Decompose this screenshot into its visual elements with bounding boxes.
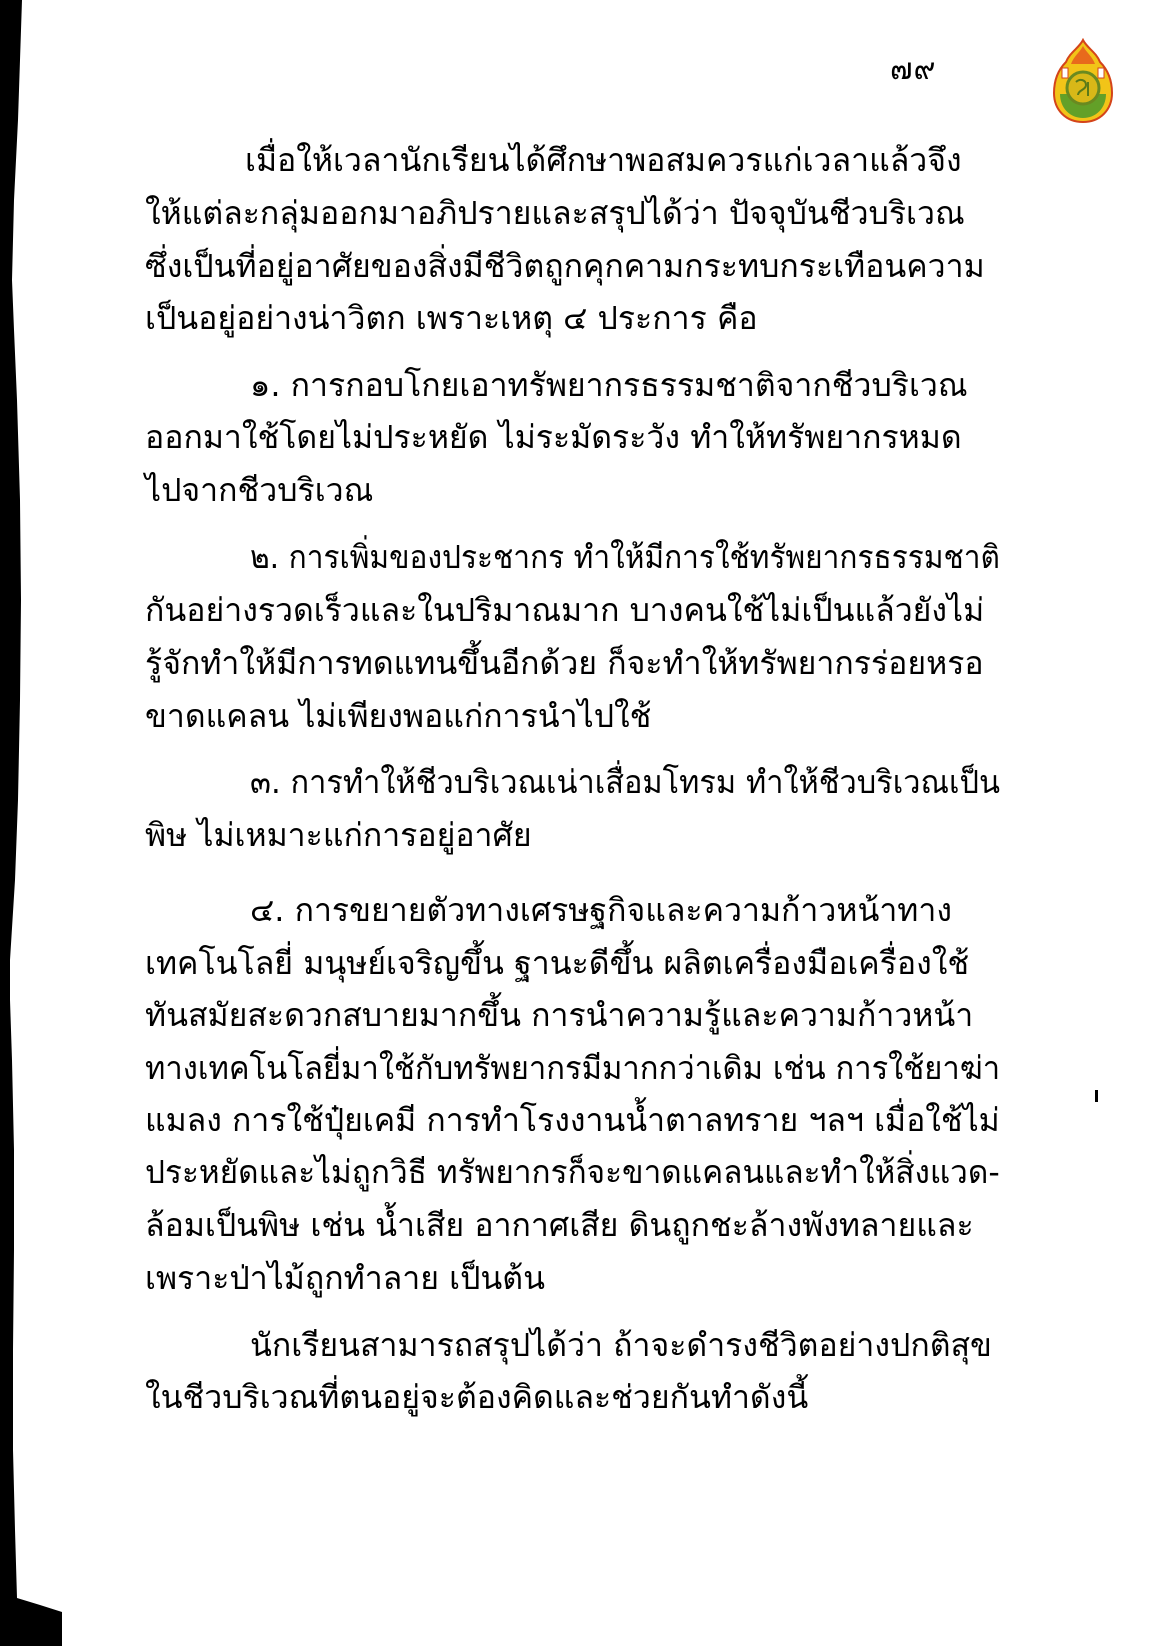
text-line: เป็นอยู่อย่างน่าวิตก เพราะเหตุ ๔ ประการ … [145,298,758,338]
text-line: พิษ ไม่เหมาะแก่การอยู่อาศัย [145,815,532,855]
text-line: ให้แต่ละกลุ่มออกมาอภิปรายและสรุปได้ว่า ป… [145,193,965,233]
text-line: ออกมาใช้โดยไม่ประหยัด ไม่ระมัดระวัง ทำให… [145,417,962,457]
text-line: เพราะป่าไม้ถูกทำลาย เป็นต้น [145,1258,545,1298]
text-line: นักเรียนสามารถสรุปได้ว่า ถ้าจะดำรงชีวิตอ… [250,1325,992,1365]
text-line: ทางเทคโนโลยี่มาใช้กับทรัพยากรมีมากกว่าเด… [145,1048,1000,1088]
text-line: เทคโนโลยี่ มนุษย์เจริญขึ้น ฐานะดีขึ้น ผล… [145,943,969,983]
text-line: ขาดแคลน ไม่เพียงพอแก่การนำไปใช้ [145,696,651,736]
text-line: ๔. การขยายตัวทางเศรษฐกิจและความก้าวหน้าท… [250,890,952,930]
text-line: ๑. การกอบโกยเอาทรัพยากรธรรมชาติจากชีวบริ… [250,365,968,405]
text-line: ทันสมัยสะดวกสบายมากขึ้น การนำความรู้และค… [145,995,973,1035]
text-line: แมลง การใช้ปุ๋ยเคมี การทำโรงงานน้ำตาลทรา… [145,1100,1000,1140]
page-number: ๗๙ [890,46,937,93]
text-line: กันอย่างรวดเร็วและในปริมาณมาก บางคนใช้ไม… [145,590,984,630]
text-line: ในชีวบริเวณที่ตนอยู่จะต้องคิดและช่วยกันท… [145,1377,808,1417]
text-line: ๒. การเพิ่มของประชากร ทำให้มีการใช้ทรัพย… [250,537,1000,577]
text-line: เมื่อให้เวลานักเรียนได้ศึกษาพอสมควรแก่เว… [245,140,962,180]
text-line: รู้จักทำให้มีการทดแทนขึ้นอีกด้วย ก็จะทำใ… [145,643,984,683]
text-line: ไปจากชีวบริเวณ [145,470,373,510]
text-line: ๓. การทำให้ชีวบริเวณเน่าเสื่อมโทรม ทำให้… [250,762,1000,802]
text-line: ซึ่งเป็นที่อยู่อาศัยของสิ่งมีชีวิตถูกคุก… [145,246,985,286]
text-line: ล้อมเป็นพิษ เช่น น้ำเสีย อากาศเสีย ดินถู… [145,1205,974,1245]
text-line: ประหยัดและไม่ถูกวิธี ทรัพยากรก็จะขาดแคลน… [145,1152,1000,1192]
school-emblem-icon [1050,38,1116,124]
